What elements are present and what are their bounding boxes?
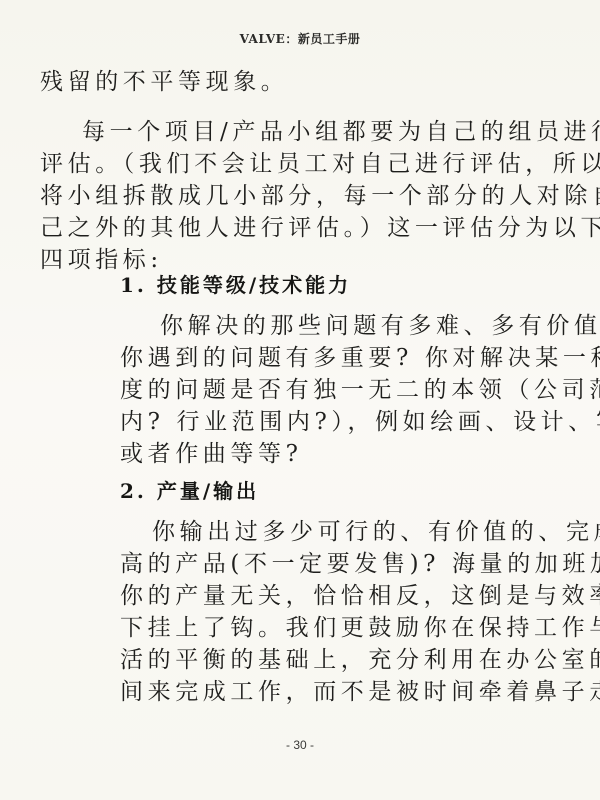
section-1-line: 你遇到的问题有多重要? 你对解决某一种难	[120, 342, 600, 374]
section-2-line: 活的平衡的基础上，充分利用在办公室的时	[120, 644, 600, 676]
section-2-line: 间来完成工作，而不是被时间牵着鼻子走。	[120, 676, 600, 708]
document-page: VALVE：新员工手册 残留的不平等现象。 每一个项目/产品小组都要为自己的组员…	[0, 0, 600, 800]
section-1-line: 内? 行业范围内?），例如绘画、设计、写作	[120, 406, 600, 438]
section-1-line: 度的问题是否有独一无二的本领（公司范围	[120, 374, 600, 406]
section-heading-output: 2. 产量/输出	[120, 476, 259, 506]
section-1-line: 或者作曲等等?	[120, 438, 303, 470]
paragraph-1-line: 己之外的其他人进行评估。）这一评估分为以下	[40, 212, 600, 244]
intro-continuation-line: 残留的不平等现象。	[40, 66, 288, 98]
paragraph-1-line: 将小组拆散成几小部分，每一个部分的人对除自	[40, 180, 600, 212]
page-number: - 30 -	[0, 738, 600, 752]
section-2-line: 你输出过多少可行的、有价值的、完成度	[152, 516, 600, 548]
section-1-line: 你解决的那些问题有多难、多有价值?	[160, 310, 600, 342]
section-2-line: 高的产品(不一定要发售)? 海量的加班加点与	[120, 548, 600, 580]
running-header: VALVE：新员工手册	[0, 30, 600, 47]
section-2-line: 下挂上了钩。我们更鼓励你在保持工作与生	[120, 612, 600, 644]
paragraph-1-line: 评估。（我们不会让员工对自己进行评估，所以	[40, 148, 600, 180]
section-heading-skill-level: 1. 技能等级/技术能力	[120, 270, 351, 300]
section-2-line: 你的产量无关，恰恰相反，这倒是与效率低	[120, 580, 600, 612]
paragraph-1-line: 每一个项目/产品小组都要为自己的组员进行	[82, 116, 600, 148]
